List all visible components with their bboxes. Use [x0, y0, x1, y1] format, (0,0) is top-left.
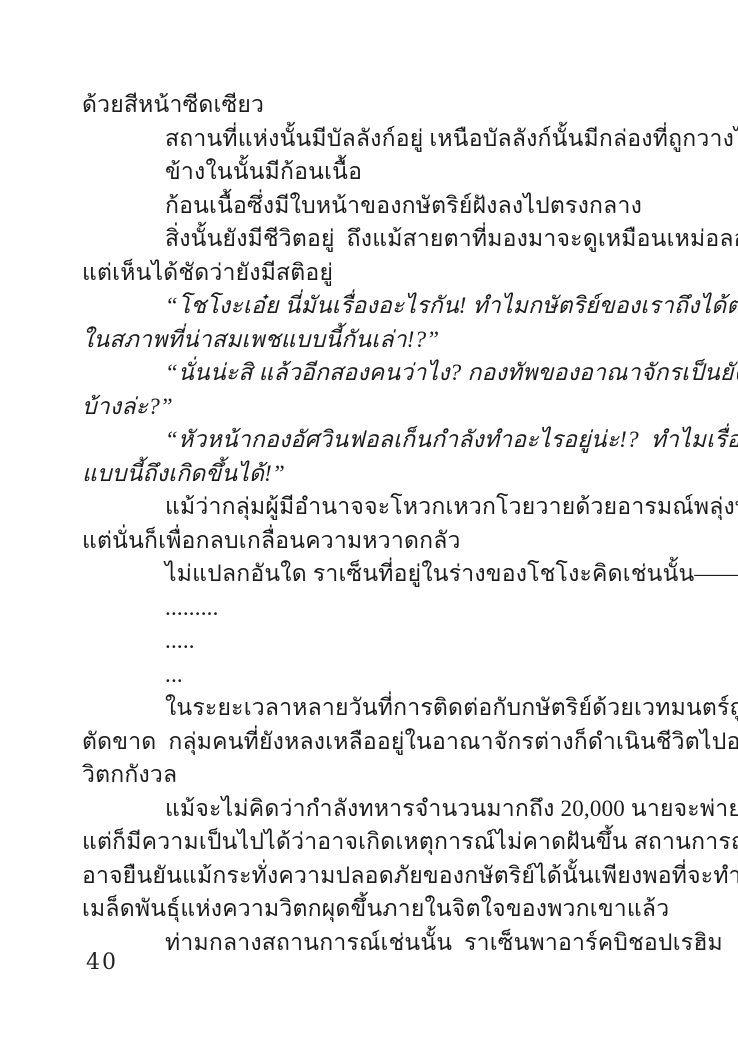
body-text-block: ด้วยสีหน้าซีดเซียวสถานที่แห่งนั้นมีบัลลั… [82, 88, 660, 959]
text-line: ... [82, 658, 660, 692]
page-number: 40 [86, 950, 118, 975]
text-line: ......... [82, 591, 660, 625]
text-line: ด้วยสีหน้าซีดเซียว [82, 88, 660, 122]
text-line: ในระยะเวลาหลายวันที่การติดต่อกับกษัตริย์… [82, 691, 660, 725]
text-line: “หัวหน้ากองอัศวินฟอลเก็นกำลังทำอะไรอยู่น… [82, 423, 660, 457]
text-line: สิ่งนั้นยังมีชีวิตอยู่ ถึงแม้สายตาที่มอง… [82, 222, 660, 256]
text-line: บ้างล่ะ?” [82, 390, 660, 424]
text-line: “โชโงะเอ๋ย นี่มันเรื่องอะไรกัน! ทำไมกษัต… [82, 289, 660, 323]
text-line: แม้ว่ากลุ่มผู้มีอำนาจจะโหวกเหวกโวยวายด้ว… [82, 490, 660, 524]
text-line: อาจยืนยันแม้กระทั่งความปลอดภัยของกษัตริย… [82, 859, 660, 893]
text-line: “นั่นน่ะสิ แล้วอีกสองคนว่าไง? กองทัพของอ… [82, 356, 660, 390]
text-line: แต่ก็มีความเป็นไปได้ว่าอาจเกิดเหตุการณ์ไ… [82, 825, 660, 859]
text-line: ท่ามกลางสถานการณ์เช่นนั้น ราเซ็นพาอาร์คบ… [82, 926, 660, 960]
text-line: ในสภาพที่น่าสมเพชแบบนี้กันเล่า!?” [82, 323, 660, 357]
text-line: แต่เห็นได้ชัดว่ายังมีสติอยู่ [82, 256, 660, 290]
text-line: แต่นั่นก็เพื่อกลบเกลื่อนความหวาดกลัว [82, 524, 660, 558]
text-line: ..... [82, 624, 660, 658]
book-page: ด้วยสีหน้าซีดเซียวสถานที่แห่งนั้นมีบัลลั… [0, 0, 738, 1051]
text-line: เมล็ดพันธุ์แห่งความวิตกผุดขึ้นภายในจิตใจ… [82, 892, 660, 926]
text-line: วิตกกังวล [82, 758, 660, 792]
text-line: แม้จะไม่คิดว่ากำลังทหารจำนวนมากถึง 20,00… [82, 792, 660, 826]
text-line: ข้างในนั้นมีก้อนเนื้อ [82, 155, 660, 189]
text-line: แบบนี้ถึงเกิดขึ้นได้!” [82, 457, 660, 491]
text-line: ไม่แปลกอันใด ราเซ็นที่อยู่ในร่างของโชโงะ… [82, 557, 660, 591]
text-line: ตัดขาด กลุ่มคนที่ยังหลงเหลืออยู่ในอาณาจั… [82, 725, 660, 759]
text-line: สถานที่แห่งนั้นมีบัลลังก์อยู่ เหนือบัลลั… [82, 122, 660, 156]
text-line: ก้อนเนื้อซึ่งมีใบหน้าของกษัตริย์ฝังลงไปต… [82, 189, 660, 223]
